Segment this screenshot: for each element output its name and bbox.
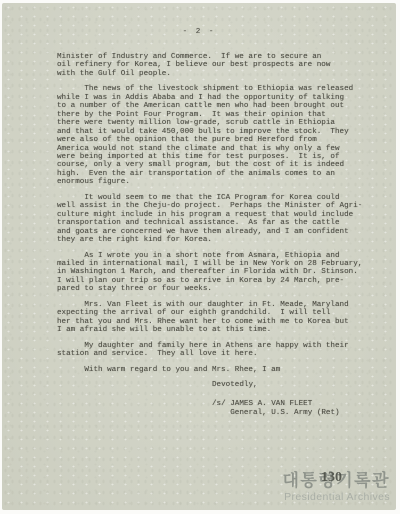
letter-paragraph-5: Mrs. Van Fleet is with our daughter in F… [57,301,372,335]
letter-paragraph-4: As I wrote you in a short note from Asma… [57,252,372,294]
letter-paragraph-1: Minister of Industry and Commerce. If we… [57,53,372,78]
letter-paragraph-6: My daughter and family here in Athens ar… [57,342,372,359]
letter-paragraph-2: The news of the livestock shipment to Et… [57,85,372,186]
watermark-english-text: Presidential Archives [282,491,390,504]
presidential-archives-watermark: 130 대통령기록관 Presidential Archives [282,471,390,504]
letter-paragraph-7: With warm regard to you and Mrs. Rhee, I… [57,366,372,374]
signature-block: /s/ JAMES A. VAN FLEET General, U.S. Arm… [212,400,372,417]
letter-paragraph-3: It would seem to me that the ICA Program… [57,194,372,245]
scanned-letter-page: - 2 - Minister of Industry and Commerce.… [0,0,400,514]
closing-salutation: Devotedly, [212,381,372,389]
letter-paper: - 2 - Minister of Industry and Commerce.… [2,3,396,510]
letter-body: Minister of Industry and Commerce. If we… [57,53,372,424]
archive-stamp-number: 130 [321,470,342,486]
page-number: - 2 - [2,28,396,36]
